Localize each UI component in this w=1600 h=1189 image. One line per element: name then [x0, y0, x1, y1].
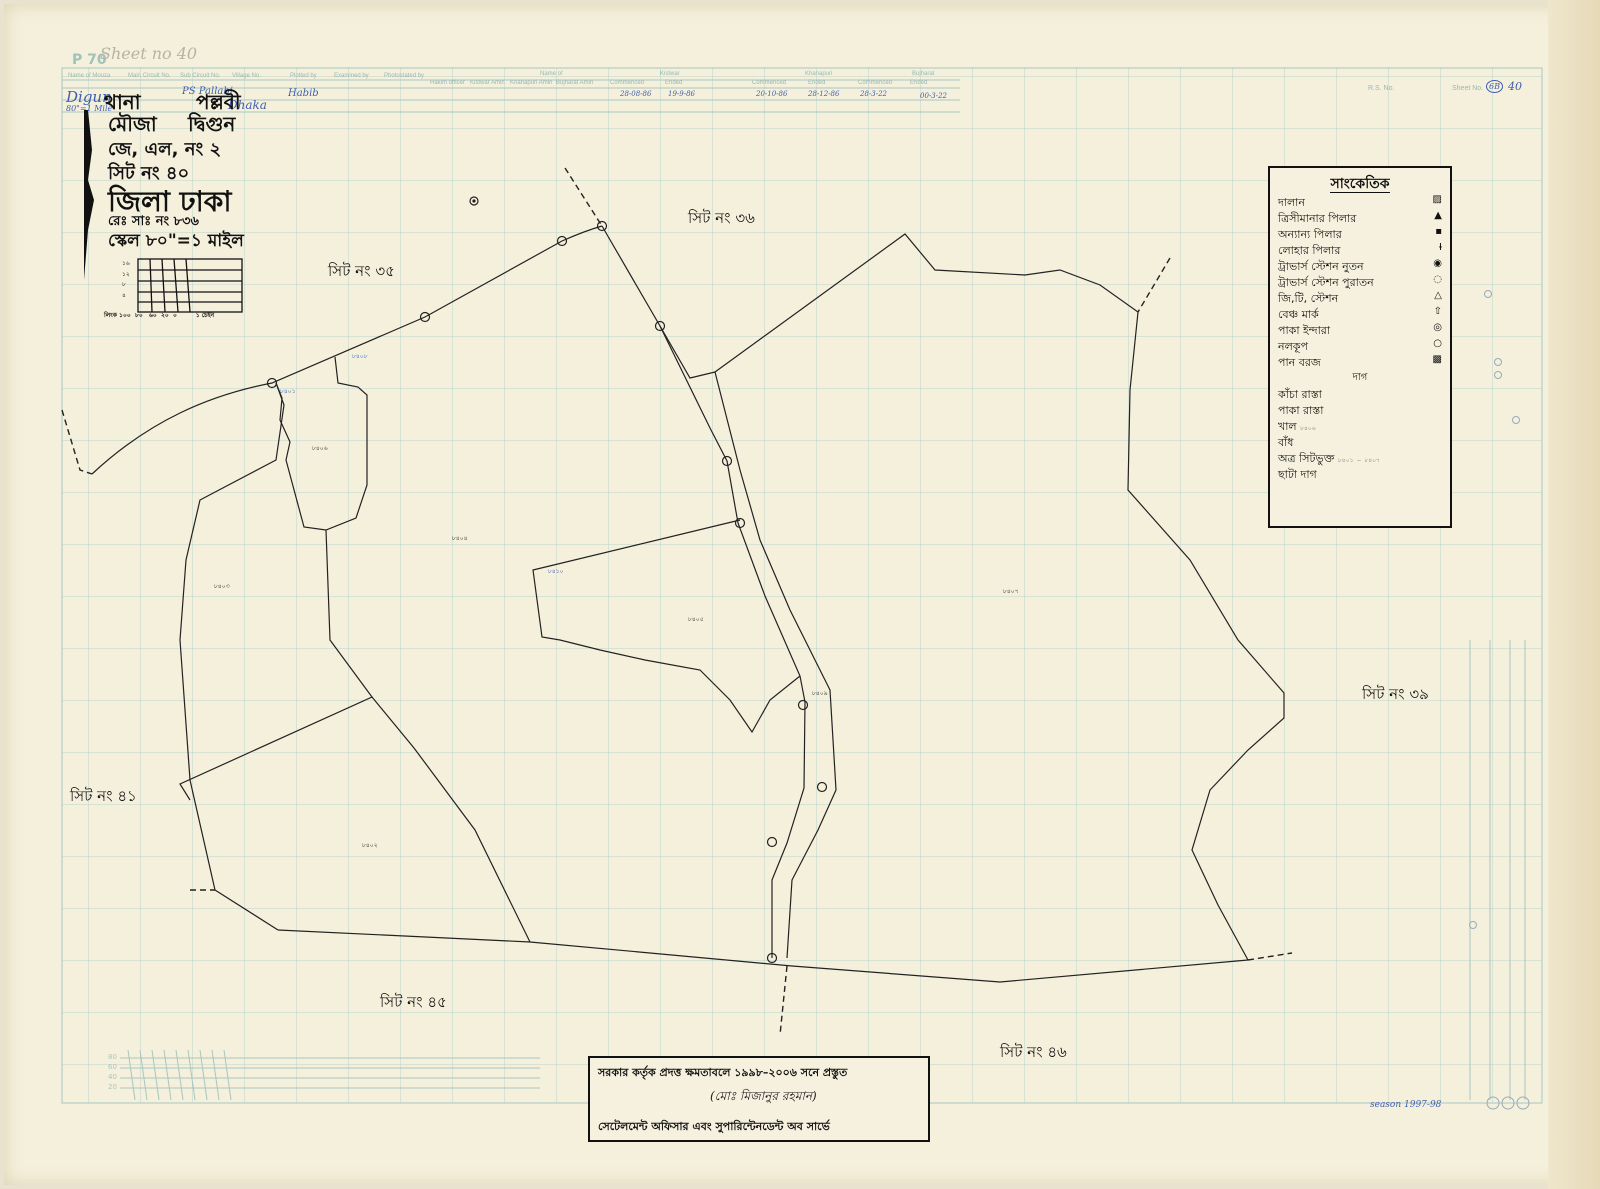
- form-bujharat: Bujharat: [912, 71, 934, 77]
- gt-station-icon: △: [1434, 290, 1442, 301]
- parcel-label: ৮৪০৯: [812, 688, 828, 699]
- legend-item-other-pillar: অন্যান্য পিলার▪: [1278, 226, 1444, 241]
- bujharat-ended-value: 00-3-22: [920, 92, 947, 100]
- legend-subheading-plot: দাগ: [1270, 370, 1450, 387]
- form-sub-bujharat-amin: Bujharat Amin: [556, 80, 593, 86]
- form-kistwar: Kistwar: [660, 71, 680, 77]
- tubewell-icon: ○: [1433, 338, 1442, 349]
- legend-item-tri-junction-pillar: ত্রিসীমানার পিলার▲: [1278, 210, 1444, 225]
- legend-item-bench-mark: বেঞ্চ মার্ক⇧: [1278, 306, 1444, 321]
- handwritten-sheet-note: Sheet no 40: [100, 44, 197, 63]
- parcel-label: ৮৪০১: [280, 386, 296, 397]
- form-col-village: Village No.: [232, 73, 261, 79]
- season-note: season 1997-98: [1370, 1100, 1441, 1110]
- rs-no-label: R.S. No.: [1368, 85, 1394, 92]
- form-col-plotted: Plotted by: [290, 73, 317, 79]
- betel-garden-icon: ▩: [1433, 354, 1442, 365]
- parcel-label: ৮৪০২: [362, 840, 378, 851]
- handwritten-plotted-by: Habib: [288, 88, 319, 99]
- form-sub-khanapuri-amin: Khanapuri Amin: [510, 80, 552, 86]
- certification-box: সরকার কর্তৃক প্রদত্ত ক্ষমতাবলে ১৯৯৮–২০০৬…: [588, 1056, 930, 1142]
- parcel-label: ৮৪০৮: [352, 351, 368, 362]
- legend-item-tubewell: নলকূপ○: [1278, 338, 1444, 353]
- sheet-no-label: Sheet No.: [1452, 85, 1483, 92]
- traverse-new-icon: ◉: [1433, 258, 1442, 269]
- adjacent-sheet-39: সিট নং ৩৯: [1362, 683, 1429, 708]
- legend-item-canal: খাল ৮৪০৬: [1278, 418, 1444, 433]
- form-khanapuri-ended: Ended: [808, 80, 825, 86]
- map-legend: সাংকেতিক দালান▨ ত্রিসীমানার পিলার▲ অন্যা…: [1268, 166, 1452, 528]
- legend-item-paved-road: পাকা রাস্তা: [1278, 402, 1444, 417]
- legend-title: সাংকেতিক: [1270, 172, 1450, 196]
- form-sub-kistwar-amin: Kistwar Amin: [470, 80, 505, 86]
- parcel-label: ৮৪০৪: [452, 533, 468, 544]
- parcel-label: ৮৪০৭: [1003, 586, 1019, 597]
- form-col-photostated: Photostated by: [384, 73, 424, 79]
- building-hatch-icon: ▨: [1433, 194, 1442, 205]
- legend-item-traverse-new: ট্রাভার্স স্টেশন নুতন◉: [1278, 258, 1444, 273]
- legend-item-kacha-road: কাঁচা রাস্তা: [1278, 386, 1444, 401]
- adjacent-sheet-35: সিট নং ৩৫: [328, 260, 395, 285]
- legend-item-building: দালান▨: [1278, 194, 1444, 209]
- square-pillar-icon: ▪: [1435, 226, 1442, 237]
- triangle-pillar-icon: ▲: [1434, 210, 1442, 221]
- form-col-sub-circuit: Sub Circuit No.: [180, 73, 220, 79]
- form-col-mouza: Name of Mouza: [68, 73, 110, 79]
- legend-item-traverse-old: ট্রাভার্স স্টেশন পুরাতন◌: [1278, 274, 1444, 289]
- parcel-label: ৮৪০৫: [688, 614, 704, 625]
- form-kistwar-ended: Ended: [665, 80, 682, 86]
- legend-item-iron-pillar: লোহার পিলারƗ: [1278, 242, 1444, 257]
- iron-pillar-icon: Ɨ: [1439, 242, 1442, 253]
- kistwar-commenced-value: 28-08-86: [620, 90, 651, 98]
- officer-signature: (মোঃ মিজানুর রহমান): [710, 1088, 817, 1108]
- form-bujharat-ended: Ended: [910, 80, 927, 86]
- parcel-label: ৮৪০৬: [312, 443, 328, 454]
- khanapuri-ended-value: 28-12-86: [808, 90, 839, 98]
- legend-item-included-sheet: অত্র সিটভুক্ত ৮৪০১ — ৮৪০৭: [1278, 450, 1444, 465]
- legend-item-gt-station: জি,টি, স্টেশন△: [1278, 290, 1444, 305]
- scale-bar-y-ticks: ১৬ ১২ ৮ ৪: [122, 259, 130, 301]
- form-col-examined: Examined by: [334, 73, 369, 79]
- form-khanapuri: Khanapuri: [805, 71, 832, 77]
- form-kistwar-commenced: Commenced: [610, 80, 644, 86]
- adjacent-sheet-45: সিট নং ৪৫: [380, 991, 447, 1016]
- bottom-scale-ticks: 80 60 40 20: [108, 1052, 117, 1092]
- bujharat-commenced-value: 28-3-22: [860, 90, 887, 98]
- map-scale: স্কেল ৮০"=১ মাইল: [108, 228, 244, 256]
- form-bujharat-commenced: Commenced: [858, 80, 892, 86]
- sheet-circled-code: 6B: [1486, 80, 1503, 93]
- scale-bar-x-labels: লিংক ১০০ ৮০ ৬০ ২০ ০ ১ চেইন: [104, 310, 214, 321]
- adjacent-sheet-36: সিট নং ৩৬: [688, 207, 755, 232]
- form-sub-hakim: Hakim officer: [430, 80, 465, 86]
- adjacent-sheet-46: সিট নং ৪৬: [1000, 1041, 1067, 1066]
- form-khanapuri-commenced: Commenced: [752, 80, 786, 86]
- sheet-no-value: 40: [1508, 80, 1522, 93]
- legend-item-betel-garden: পান বরজ▩: [1278, 354, 1444, 369]
- kistwar-ended-value: 19-9-86: [668, 90, 695, 98]
- officer-designation: সেটেলমেন্ট অফিসার এবং সুপারিন্টেনডেন্ট অ…: [598, 1118, 830, 1137]
- parcel-label: ৮৪০৩: [214, 581, 230, 592]
- legend-item-masonry-well: পাকা ইন্দারা◎: [1278, 322, 1444, 337]
- form-col-name-of: Name of: [540, 71, 563, 77]
- parcel-label: ৮৪১০: [548, 566, 564, 577]
- bench-mark-icon: ⇧: [1434, 306, 1442, 317]
- adjacent-sheet-41: সিট নং ৪১: [70, 785, 137, 810]
- masonry-well-icon: ◎: [1433, 322, 1442, 333]
- certification-text: সরকার কর্তৃক প্রদত্ত ক্ষমতাবলে ১৯৯৮–২০০৬…: [598, 1064, 847, 1083]
- legend-item-embankment: বাঁধ: [1278, 434, 1444, 449]
- form-col-main-circuit: Main Circuit No.: [128, 73, 171, 79]
- khanapuri-commenced-value: 20-10-86: [756, 90, 787, 98]
- traverse-old-icon: ◌: [1433, 274, 1442, 285]
- legend-item-trimmed-plot: ছাটা দাগ: [1278, 466, 1444, 481]
